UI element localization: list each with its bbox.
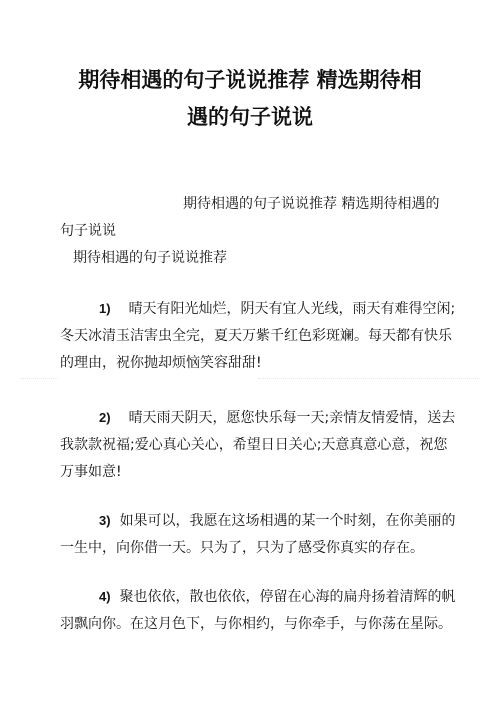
title-line-2: 遇的句子说说 bbox=[40, 99, 460, 136]
item-text: 晴天雨天阴天，愿您快乐每一天;亲情友情爱情，送去 bbox=[129, 410, 456, 426]
page-break-separator-right bbox=[258, 378, 480, 379]
item-text: 晴天有阳光灿烂，阴天有宜人光线，雨天有难得空闲; bbox=[129, 301, 456, 317]
list-item-line: 冬天冰清玉洁害虫全完，夏天万紫千红色彩斑斓。每天都有快乐 bbox=[60, 327, 452, 345]
item-number: 2) bbox=[99, 409, 111, 427]
page-break-separator-left bbox=[20, 378, 58, 379]
list-item-line: 的理由，祝你抛却烦恼笑容甜甜! bbox=[60, 354, 262, 372]
list-item-line: 2)晴天雨天阴天，愿您快乐每一天;亲情友情爱情，送去 bbox=[99, 409, 455, 427]
item-number: 3) bbox=[99, 512, 111, 530]
document-title: 期待相遇的句子说说推荐 精选期待相 遇的句子说说 bbox=[40, 62, 460, 136]
subtitle-line-2: 句子说说 bbox=[60, 222, 116, 240]
list-item-line: 我款款祝福;爱心真心关心，希望日日关心;天意真意心意，祝您 bbox=[60, 436, 447, 454]
item-number: 4) bbox=[99, 588, 111, 606]
item-text: 聚也依依，散也依依，停留在心海的扁舟扬着清辉的帆 bbox=[120, 589, 456, 605]
section-heading: 期待相遇的句子说说推荐 bbox=[73, 249, 227, 267]
list-item-line: 4)聚也依依，散也依依，停留在心海的扁舟扬着清辉的帆 bbox=[99, 588, 456, 606]
subtitle-line-1: 期待相遇的句子说说推荐 精选期待相遇的 bbox=[183, 195, 439, 213]
item-text: 如果可以，我愿在这场相遇的某一个时刻，在你美丽的 bbox=[120, 513, 456, 529]
list-item-line: 一生中，向你借一天。只为了，只为了感受你真实的存在。 bbox=[60, 539, 424, 557]
list-item-line: 羽飘向你。在这月色下，与你相约，与你牵手，与你荡在星际。 bbox=[60, 615, 452, 633]
list-item-line: 3)如果可以，我愿在这场相遇的某一个时刻，在你美丽的 bbox=[99, 512, 456, 530]
list-item-line: 万事如意! bbox=[60, 463, 122, 481]
list-item-line: 1)晴天有阳光灿烂，阴天有宜人光线，雨天有难得空闲; bbox=[99, 300, 455, 318]
document-page: 期待相遇的句子说说推荐 精选期待相 遇的句子说说 期待相遇的句子说说推荐 精选期… bbox=[0, 0, 500, 708]
title-line-1: 期待相遇的句子说说推荐 精选期待相 bbox=[40, 62, 460, 99]
item-number: 1) bbox=[99, 300, 111, 318]
